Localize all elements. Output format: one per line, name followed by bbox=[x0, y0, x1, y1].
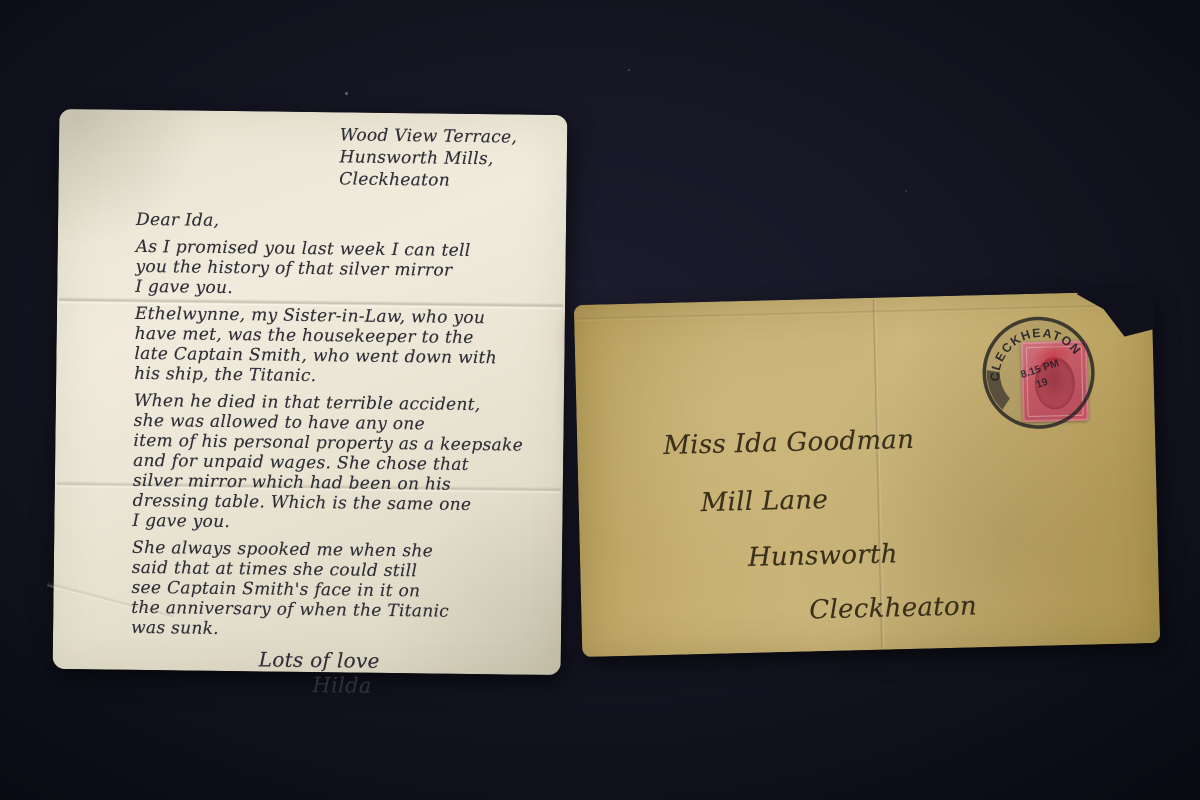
letter-paragraph: When he died in that terrible accident, … bbox=[132, 391, 540, 536]
envelope-address-line: Mill Lane bbox=[700, 485, 828, 518]
postmark-icon: CLECKHEATON 8.15 PM 19 bbox=[964, 298, 1113, 447]
dust-speck bbox=[345, 92, 348, 95]
dust-speck bbox=[628, 69, 630, 71]
envelope: Miss Ida Goodman Mill Lane Hunsworth Cle… bbox=[574, 291, 1160, 657]
photo-backdrop: Wood View Terrace, Hunsworth Mills, Clec… bbox=[0, 0, 1200, 800]
letter-content: Wood View Terrace, Hunsworth Mills, Clec… bbox=[53, 109, 568, 675]
address-line: Cleckheaton bbox=[339, 168, 517, 192]
envelope-address-line: Hunsworth bbox=[748, 539, 898, 573]
letter-signature: Hilda bbox=[312, 672, 536, 701]
envelope-address-line: Miss Ida Goodman bbox=[663, 425, 915, 461]
letter-paragraph: Ethelwynne, my Sister-in-Law, who you ha… bbox=[134, 304, 541, 389]
letter-line: I gave you. bbox=[135, 277, 541, 302]
letter-paragraph: She always spooked me when she said that… bbox=[131, 538, 538, 643]
dust-speck bbox=[905, 190, 907, 192]
address-line: Hunsworth Mills, bbox=[339, 146, 517, 170]
letter-line: I gave you. bbox=[132, 511, 538, 536]
sender-address-block: Wood View Terrace, Hunsworth Mills, Clec… bbox=[339, 124, 517, 192]
envelope-tear bbox=[1076, 284, 1155, 338]
handwritten-letter: Wood View Terrace, Hunsworth Mills, Clec… bbox=[53, 109, 568, 675]
envelope-address-line: Cleckheaton bbox=[809, 591, 977, 625]
letter-closing: Lots of love bbox=[259, 647, 537, 674]
address-line: Wood View Terrace, bbox=[340, 124, 518, 148]
letter-salutation: Dear Ida, bbox=[136, 210, 542, 235]
letter-line: was sunk. bbox=[131, 618, 537, 643]
letter-paragraph: As I promised you last week I can tell y… bbox=[135, 237, 542, 302]
